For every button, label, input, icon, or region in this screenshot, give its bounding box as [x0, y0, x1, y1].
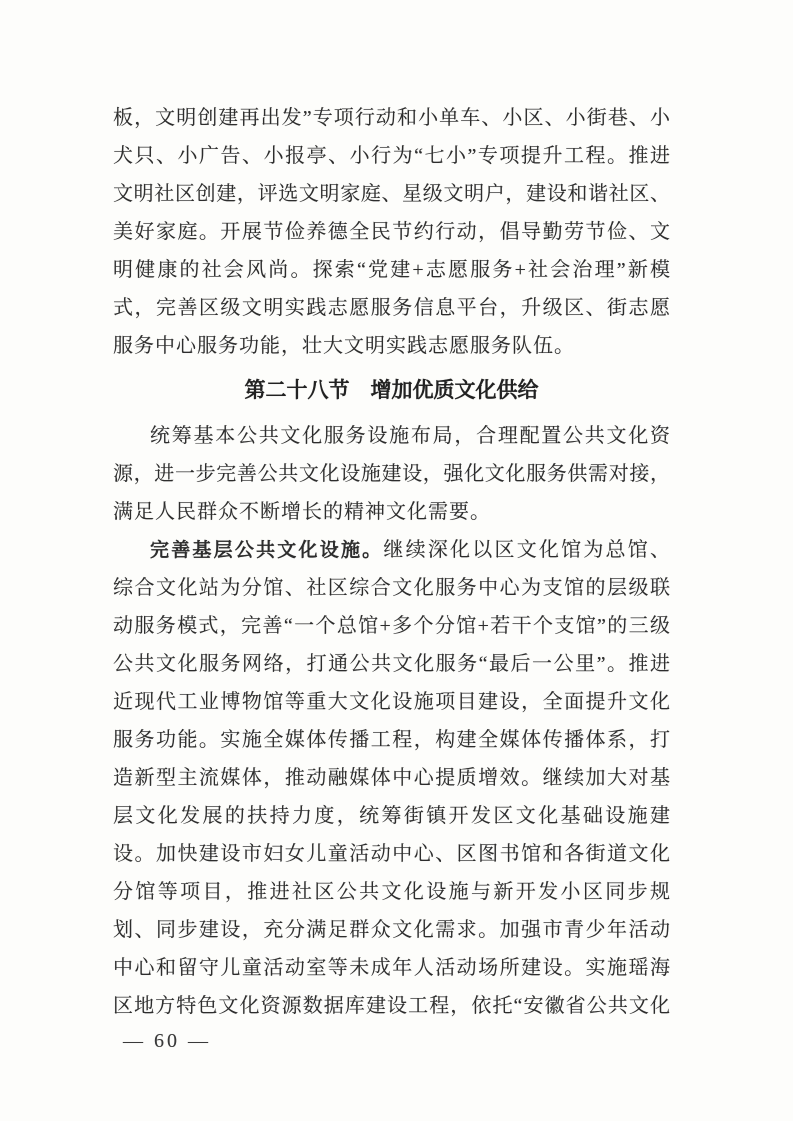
text-line: 分馆等项目，推进社区公共文化设施与新开发小区同步规: [113, 873, 670, 911]
text-line: 源，进一步完善公共文化设施建设，强化文化服务供需对接，: [113, 455, 670, 493]
scanned-document-page: 板，文明创建再出发”专项行动和小单车、小区、小街巷、小犬只、小广告、小报亭、小行…: [0, 0, 793, 1121]
text-line: 满足人民群众不断增长的精神文化需要。: [113, 493, 670, 531]
text-line: 近现代工业博物馆等重大文化设施项目建设，全面提升文化: [113, 683, 670, 721]
text-line: 板，文明创建再出发”专项行动和小单车、小区、小街巷、小: [113, 99, 670, 137]
page-number: — 60 —: [123, 1030, 211, 1053]
bold-lead-text: 完善基层公共文化设施。: [150, 540, 383, 561]
text-line: 服务中心服务功能，壮大文明实践志愿服务队伍。: [113, 327, 670, 365]
text-line: 犬只、小广告、小报亭、小行为“七小”专项提升工程。推进: [113, 137, 670, 175]
text-line: 综合文化站为分馆、社区综合文化服务中心为支馆的层级联: [113, 569, 670, 607]
text-line: 明健康的社会风尚。探索“党建+志愿服务+社会治理”新模: [113, 251, 670, 289]
text-line: 中心和留守儿童活动室等未成年人活动场所建设。实施瑶海: [113, 949, 670, 987]
text-line: 造新型主流媒体，推动融媒体中心提质增效。继续加大对基: [113, 759, 670, 797]
text-line: 服务功能。实施全媒体传播工程，构建全媒体传播体系，打: [113, 721, 670, 759]
text-line: 文明社区创建，评选文明家庭、星级文明户，建设和谐社区、: [113, 175, 670, 213]
text-line: 划、同步建设，充分满足群众文化需求。加强市青少年活动: [113, 911, 670, 949]
text-line: 美好家庭。开展节俭养德全民节约行动，倡导勤劳节俭、文: [113, 213, 670, 251]
text-line: 层文化发展的扶持力度，统筹街镇开发区文化基础设施建: [113, 797, 670, 835]
text-line: 设。加快建设市妇女儿童活动中心、区图书馆和各街道文化: [113, 835, 670, 873]
text-line: 完善基层公共文化设施。继续深化以区文化馆为总馆、: [113, 531, 670, 569]
document-body: 板，文明创建再出发”专项行动和小单车、小区、小街巷、小犬只、小广告、小报亭、小行…: [113, 99, 670, 1025]
text-line: 式，完善区级文明实践志愿服务信息平台，升级区、街志愿: [113, 289, 670, 327]
text-line: 区地方特色文化资源数据库建设工程，依托“安徽省公共文化: [113, 987, 670, 1025]
text-line: 动服务模式，完善“一个总馆+多个分馆+若干个支馆”的三级: [113, 607, 670, 645]
section-heading: 第二十八节 增加优质文化供给: [113, 365, 670, 417]
text-line: 统筹基本公共文化服务设施布局，合理配置公共文化资: [113, 417, 670, 455]
text-line: 公共文化服务网络，打通公共文化服务“最后一公里”。推进: [113, 645, 670, 683]
